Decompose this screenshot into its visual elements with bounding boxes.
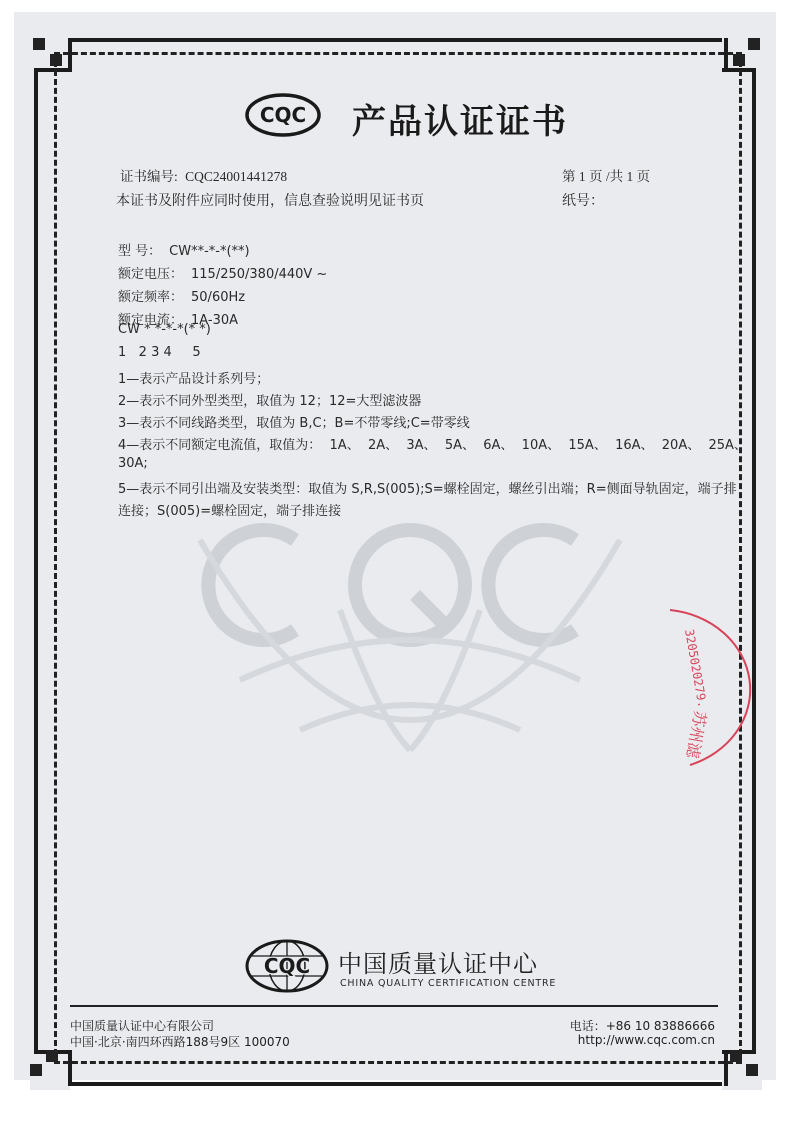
certificate-number-label: 证书编号: bbox=[120, 169, 178, 184]
page-title: 产品认证证书 bbox=[352, 94, 568, 143]
certificate-number-row: 证书编号: CQC24001441278 bbox=[120, 165, 287, 185]
corner-mark bbox=[748, 38, 760, 50]
svg-text:3205020279.: 3205020279. bbox=[682, 628, 710, 709]
svg-text:苏州滤: 苏州滤 bbox=[683, 709, 710, 761]
spec-row: 型 号：CW**-*-*(**) bbox=[118, 240, 250, 259]
cqc-watermark-icon bbox=[180, 480, 640, 760]
explanation-item: 1—表示产品设计系列号； bbox=[118, 368, 269, 387]
website-link[interactable]: http://www.cqc.com.cn bbox=[578, 1033, 715, 1047]
explanation-item: 3—表示不同线路类型，取值为 B,C；B=不带零线;C=带零线 bbox=[118, 412, 470, 431]
model-code-pattern: CW * *-*-*(* *) bbox=[118, 322, 211, 337]
company-address: 中国·北京·南四环西路188号9区 100070 bbox=[70, 1033, 290, 1050]
page-info: 第 1 页 /共 1 页 bbox=[562, 165, 650, 185]
model-code-positions: 1 2 3 4 5 bbox=[118, 345, 201, 360]
spec-row: 额定电压：115/250/380/440V ~ bbox=[118, 263, 327, 282]
phone-number: 电话：+86 10 83886666 bbox=[570, 1017, 715, 1034]
explanation-item: 4—表示不同额定电流值，取值为： 1A、 2A、 3A、 5A、 6A、 10A… bbox=[118, 434, 747, 453]
corner-mark bbox=[33, 38, 45, 50]
certificate-number: CQC24001441278 bbox=[185, 169, 287, 184]
corner-mark bbox=[30, 1064, 42, 1076]
company-name: 中国质量认证中心有限公司 bbox=[70, 1017, 214, 1034]
red-seal-stamp-icon: 3205020279. 苏州滤 bbox=[640, 600, 760, 775]
cqc-logo-icon: CQC bbox=[244, 92, 322, 138]
corner-mark bbox=[730, 1050, 742, 1062]
org-name-cn: 中国质量认证中心 bbox=[338, 944, 538, 979]
explanation-item: 30A; bbox=[118, 456, 148, 471]
corner-mark bbox=[50, 54, 62, 66]
spec-row: 额定频率：50/60Hz bbox=[118, 286, 245, 305]
corner-mark bbox=[733, 54, 745, 66]
org-name-en: CHINA QUALITY CERTIFICATION CENTRE bbox=[340, 978, 556, 989]
cqc-globe-logo-icon: CQC bbox=[244, 938, 330, 994]
explanation-item: 2—表示不同外型类型，取值为 12；12=大型滤波器 bbox=[118, 390, 421, 409]
svg-text:CQC: CQC bbox=[264, 954, 310, 978]
footer-divider bbox=[70, 1005, 718, 1007]
corner-mark bbox=[746, 1064, 758, 1076]
corner-mark bbox=[46, 1050, 58, 1062]
paper-number-label: 纸号： bbox=[562, 190, 604, 210]
svg-text:CQC: CQC bbox=[260, 103, 306, 127]
usage-note: 本证书及附件应同时使用，信息查验说明见证书页 bbox=[116, 190, 424, 210]
